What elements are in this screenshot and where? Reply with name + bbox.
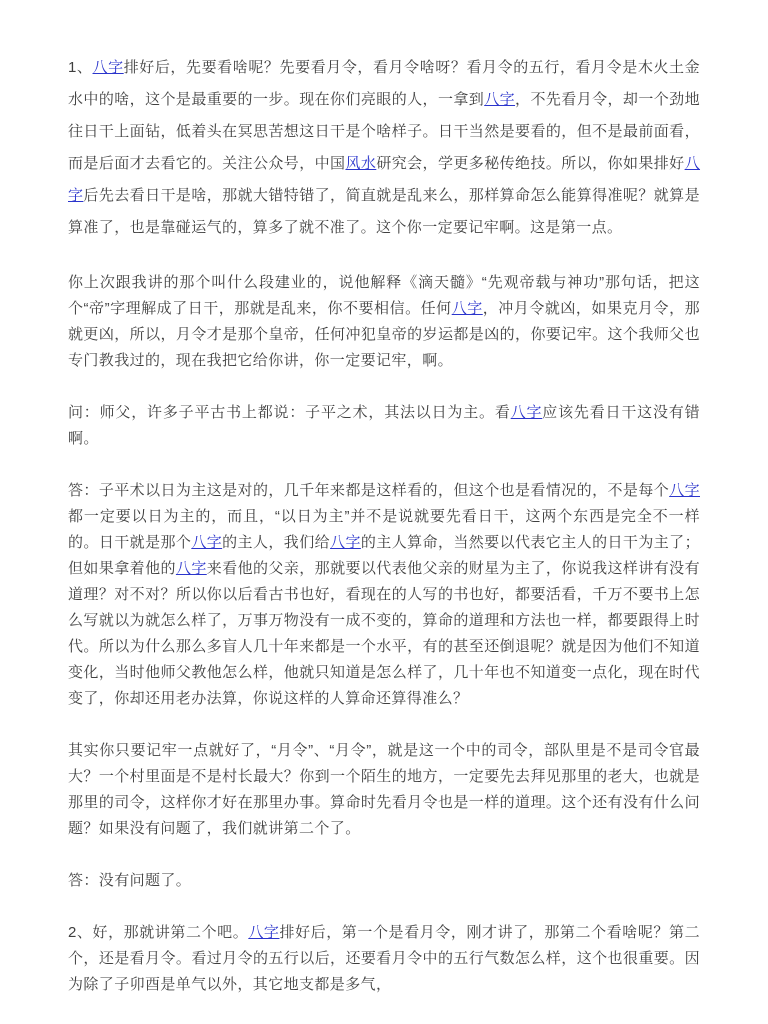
- para-2-ditiansui: 你上次跟我讲的那个叫什么段建业的，说他解释《滴天髓》“先观帝载与神功”那句话，把…: [68, 270, 700, 374]
- bazi-link[interactable]: 八字: [93, 59, 124, 76]
- text-run: 1、: [68, 59, 93, 76]
- text-run: 来看他的父亲，那就要以代表他父亲的财星为主了，你说我这样讲有没有道理？对不对？所…: [68, 560, 700, 707]
- answer-1: 答：子平术以日为主这是对的，几千年来都是这样看的，但这个也是看情况的，不是每个八…: [68, 478, 700, 712]
- page-canvas: 1、八字排好后，先要看啥呢？先要看月令，看月令啥呀？看月令的五行，看月令是木火土…: [0, 0, 768, 1024]
- text-run: 问：师父，许多子平古书上都说：子平之术，其法以日为主。看: [68, 404, 511, 421]
- para-3-second-point: 2、好，那就讲第二个吧。八字排好后，第一个是看月令，刚才讲了，那第二个看啥呢？第…: [68, 920, 700, 998]
- answer-2: 答：没有问题了。: [68, 868, 700, 894]
- document-text: 1、八字排好后，先要看啥呢？先要看月令，看月令啥呀？看月令的五行，看月令是木火土…: [68, 52, 700, 1024]
- fengshui-link[interactable]: 风水: [345, 155, 376, 172]
- bazi-link[interactable]: 八字: [176, 560, 207, 577]
- text-run: 2、好，那就讲第二个吧。: [68, 924, 248, 941]
- question-1: 问：师父，许多子平古书上都说：子平之术，其法以日为主。看八字应该先看日干这没有错…: [68, 400, 700, 452]
- bazi-link[interactable]: 八字: [330, 534, 361, 551]
- para-commander-analogy: 其实你只要记牢一点就好了，“月令”、“月令”，就是这一个中的司令，部队里是不是司…: [68, 738, 700, 842]
- bazi-link[interactable]: 八字: [484, 91, 515, 108]
- text-run: 后先去看日干是啥，那就大错特错了，简直就是乱来么，那样算命怎么能算得准呢？就算是…: [68, 187, 700, 236]
- bazi-link[interactable]: 八字: [669, 482, 700, 499]
- bazi-link[interactable]: 八字: [511, 404, 543, 421]
- text-run: 答：子平术以日为主这是对的，几千年来都是这样看的，但这个也是看情况的，不是每个: [68, 482, 669, 499]
- document-viewport: { "page": { "background": "#ffffff", "te…: [0, 0, 768, 1024]
- bazi-link[interactable]: 八字: [248, 924, 279, 941]
- bazi-link[interactable]: 八字: [191, 534, 222, 551]
- text-run: 答：没有问题了。: [68, 872, 191, 889]
- para-1-month-order-intro: 1、八字排好后，先要看啥呢？先要看月令，看月令啥呀？看月令的五行，看月令是木火土…: [68, 52, 700, 244]
- bazi-link[interactable]: 八字: [452, 300, 483, 317]
- text-run: 研究会，学更多秘传绝技。所以，你如果排好: [376, 155, 684, 172]
- text-run: 其实你只要记牢一点就好了，“月令”、“月令”，就是这一个中的司令，部队里是不是司…: [68, 742, 700, 837]
- text-run: 的主人，我们给: [222, 534, 330, 551]
